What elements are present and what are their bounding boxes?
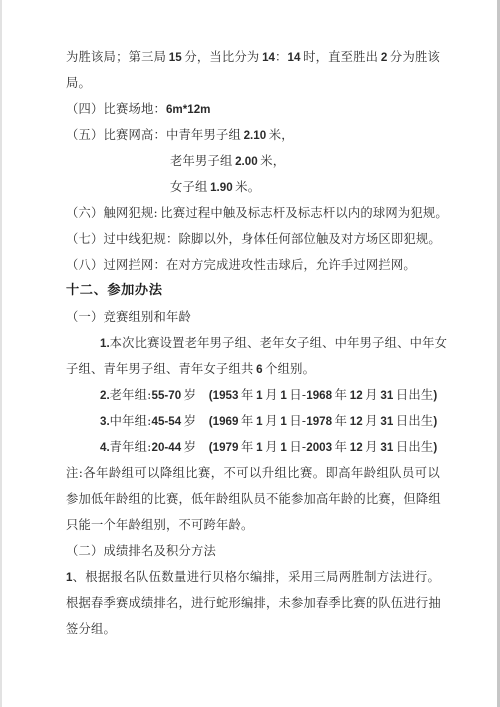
text-line: （六）触网犯规: 比赛过程中触及标志杆及标志杆以内的球网为犯规。 — [66, 200, 440, 226]
text-line: 1、根据报名队伍数量进行贝格尔编排，采用三局两胜制方法进行。 — [66, 564, 440, 590]
section-heading: 十二、参加办法 — [66, 278, 440, 304]
text-line: 3.中年组:45-54 岁 (1969 年 1 月 1 日-1978 年 12 … — [66, 408, 440, 434]
latin-number: 1 — [280, 415, 286, 428]
latin-number: 1 — [256, 389, 262, 402]
latin-number: 1 — [256, 415, 262, 428]
text-line: 1.本次比赛设置老年男子组、老年女子组、中年男子组、中年女 — [66, 330, 440, 356]
latin-number: 1. — [100, 337, 110, 350]
latin-number: 55-70 — [152, 389, 182, 402]
latin-number: (1953 — [209, 389, 239, 402]
latin-number: 2 — [381, 51, 387, 64]
text-line: 参加低年龄组的比赛，低年龄组队员不能参加高年龄的比赛，但降组 — [66, 486, 440, 512]
latin-number: 1968 — [306, 389, 332, 402]
latin-number: 31 — [380, 415, 393, 428]
latin-number: 3. — [100, 415, 110, 428]
latin-number: 6 — [256, 363, 262, 376]
latin-number: ) — [433, 415, 437, 428]
latin-number: 12 — [350, 415, 363, 428]
text-line: 注:各年龄组可以降组比赛，不可以升组比赛。即高年龄组队员可以 — [66, 460, 440, 486]
latin-number: ) — [433, 389, 437, 402]
text-line: （四）比赛场地：6m*12m — [66, 96, 440, 122]
text-line: （五）比赛网高：中青年男子组 2.10 米， — [66, 122, 440, 148]
text-line: 4.青年组:20-44 岁 (1979 年 1 月 1 日-2003 年 12 … — [66, 434, 440, 460]
latin-number: 14 — [288, 51, 301, 64]
text-line: 为胜该局；第三局 15 分，当比分为 14：14 时，直至胜出 2 分为胜该 — [66, 44, 440, 70]
latin-number: 1978 — [306, 415, 332, 428]
latin-number: (1979 — [209, 441, 239, 454]
latin-number: 1.90 — [210, 181, 233, 194]
latin-number: 14 — [262, 51, 275, 64]
text-line: 只能一个年龄组别，不可跨年龄。 — [66, 512, 440, 538]
latin-number: 20-44 — [152, 441, 182, 454]
latin-number: 15 — [169, 51, 182, 64]
latin-number: 2.10 — [244, 129, 267, 142]
text-line: 老年男子组 2.00 米， — [66, 148, 440, 174]
latin-number: 31 — [380, 441, 393, 454]
latin-number: 1 — [280, 389, 286, 402]
latin-number: 45-54 — [152, 415, 182, 428]
latin-number: 12 — [350, 389, 363, 402]
text-line: （八）过网拦网：在对方完成进攻性击球后，允许手过网拦网。 — [66, 252, 440, 278]
latin-number: 2.00 — [235, 155, 258, 168]
latin-number: 2. — [100, 389, 110, 402]
text-line: 2.老年组:55-70 岁 (1953 年 1 月 1 日-1968 年 12 … — [66, 382, 440, 408]
latin-number: 1 — [256, 441, 262, 454]
text-line: （二）成绩排名及积分方法 — [66, 538, 440, 564]
text-line: 根据春季赛成绩排名，进行蛇形编排，未参加春季比赛的队伍进行抽 — [66, 590, 440, 616]
text-line: 局。 — [66, 70, 440, 96]
latin-number: 12 — [350, 441, 363, 454]
text-line: 签分组。 — [66, 616, 440, 642]
latin-number: 6m*12m — [166, 103, 210, 116]
latin-number: (1969 — [209, 415, 239, 428]
text-line: 女子组 1.90 米。 — [66, 174, 440, 200]
document-page: 为胜该局；第三局 15 分，当比分为 14：14 时，直至胜出 2 分为胜该局。… — [0, 0, 500, 707]
text-line: 子组、青年男子组、青年女子组共 6 个组别。 — [66, 356, 440, 382]
latin-number: 31 — [380, 389, 393, 402]
latin-number: 1 — [66, 571, 72, 584]
latin-number: ) — [433, 441, 437, 454]
latin-number: 4. — [100, 441, 110, 454]
document-body: 为胜该局；第三局 15 分，当比分为 14：14 时，直至胜出 2 分为胜该局。… — [2, 0, 497, 642]
text-line: （一）竞赛组别和年龄 — [66, 304, 440, 330]
latin-number: 2003 — [306, 441, 332, 454]
text-line: （七）过中线犯规：除脚以外，身体任何部位触及对方场区即犯规。 — [66, 226, 440, 252]
latin-number: 1 — [280, 441, 286, 454]
